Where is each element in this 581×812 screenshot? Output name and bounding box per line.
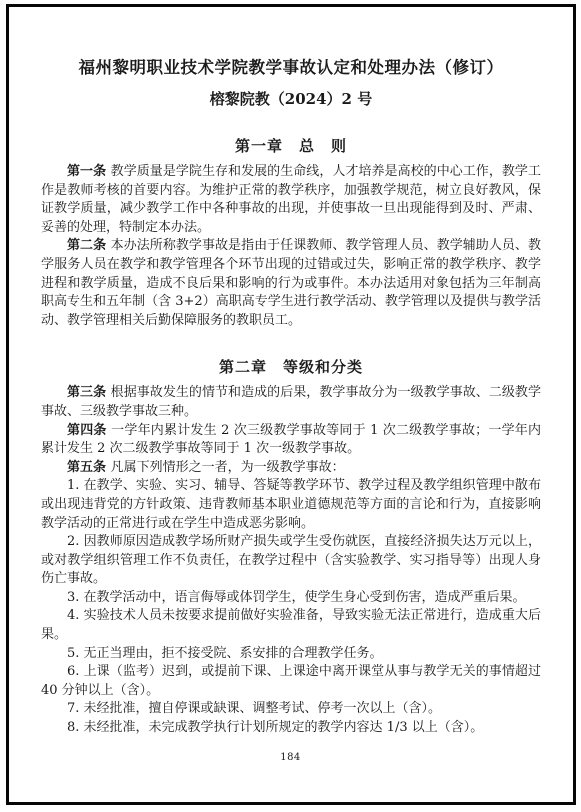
- paragraph: 6. 上课（监考）迟到，或提前下课、上课途中离开课堂从事与教学无关的事情超过 4…: [41, 663, 541, 700]
- document-title: 福州黎明职业技术学院教学事故认定和处理办法（修订）: [41, 57, 541, 79]
- chapter-heading: 第一章 总 则: [41, 136, 541, 156]
- page-number: 184: [0, 752, 581, 763]
- paragraph: 7. 未经批准，擅自停课或缺课、调整考试、停考一次以上（含）。: [41, 700, 541, 719]
- paragraph: 第一条教学质量是学院生存和发展的生命线，人才培养是高校的中心工作，教学工作是教师…: [41, 163, 541, 237]
- article-label: 第二条: [67, 238, 106, 253]
- paragraph-text: 8. 未经批准，未完成教学执行计划所规定的教学内容达 1/3 以上（含）。: [67, 720, 483, 735]
- paragraph: 1. 在教学、实验、实习、辅导、答疑等教学环节、教学过程及教学组织管理中散布或出…: [41, 477, 541, 533]
- paragraph: 第二条本办法所称教学事故是指由于任课教师、教学管理人员、教学辅助人员、教学服务人…: [41, 237, 541, 330]
- paragraph: 3. 在教学活动中，语言侮辱或体罚学生，使学生身心受到伤害，造成严重后果。: [41, 589, 541, 608]
- article-label: 第一条: [67, 164, 106, 179]
- paragraph-text: 5. 无正当理由，拒不接受院、系安排的合理教学任务。: [67, 646, 383, 661]
- paragraph-text: 根据事故发生的情节和造成的后果，教学事故分为一级教学事故、二级教学事故、三级教学…: [41, 385, 541, 419]
- article-label: 第四条: [67, 423, 107, 438]
- paragraph: 8. 未经批准，未完成教学执行计划所规定的教学内容达 1/3 以上（含）。: [41, 719, 541, 738]
- paragraph-text: 2. 因教师原因造成教学场所财产损失或学生受伤就医，直接经济损失达万元以上，或对…: [41, 534, 541, 586]
- article-label: 第三条: [67, 385, 106, 400]
- paragraph-text: 凡属下列情形之一者，为一级教学事故：: [111, 460, 345, 475]
- chapters-container: 第一章 总 则第一条教学质量是学院生存和发展的生命线，人才培养是高校的中心工作，…: [41, 136, 541, 738]
- paragraph-text: 本办法所称教学事故是指由于任课教师、教学管理人员、教学辅助人员、教学服务人员在教…: [41, 238, 541, 327]
- paragraph-text: 一学年内累计发生 2 次三级教学事故等同于 1 次二级教学事故；一学年内累计发生…: [41, 423, 541, 457]
- paragraph-text: 1. 在教学、实验、实习、辅导、答疑等教学环节、教学过程及教学组织管理中散布或出…: [41, 478, 541, 530]
- article-label: 第五条: [67, 460, 106, 475]
- paragraph: 第四条一学年内累计发生 2 次三级教学事故等同于 1 次二级教学事故；一学年内累…: [41, 422, 541, 459]
- paragraph-text: 6. 上课（监考）迟到，或提前下课、上课途中离开课堂从事与教学无关的事情超过 4…: [41, 664, 541, 698]
- document-number: 榕黎院教（2024）2 号: [41, 89, 541, 109]
- document-content: 福州黎明职业技术学院教学事故认定和处理办法（修订） 榕黎院教（2024）2 号 …: [41, 57, 541, 738]
- paragraph-text: 教学质量是学院生存和发展的生命线，人才培养是高校的中心工作，教学工作是教师考核的…: [41, 164, 541, 235]
- paragraph-text: 4. 实验技术人员未按要求提前做好实验准备，导致实验无法正常进行，造成重大后果。: [41, 608, 541, 642]
- paragraph: 2. 因教师原因造成教学场所财产损失或学生受伤就医，直接经济损失达万元以上，或对…: [41, 533, 541, 589]
- paragraph: 第三条根据事故发生的情节和造成的后果，教学事故分为一级教学事故、二级教学事故、三…: [41, 384, 541, 421]
- paragraph-text: 7. 未经批准，擅自停课或缺课、调整考试、停考一次以上（含）。: [67, 701, 441, 716]
- chapter-heading: 第二章 等级和分类: [41, 357, 541, 377]
- paragraph: 第五条凡属下列情形之一者，为一级教学事故：: [41, 459, 541, 478]
- paragraph-text: 3. 在教学活动中，语言侮辱或体罚学生，使学生身心受到伤害，造成严重后果。: [67, 590, 526, 605]
- paragraph: 4. 实验技术人员未按要求提前做好实验准备，导致实验无法正常进行，造成重大后果。: [41, 607, 541, 644]
- paragraph: 5. 无正当理由，拒不接受院、系安排的合理教学任务。: [41, 645, 541, 664]
